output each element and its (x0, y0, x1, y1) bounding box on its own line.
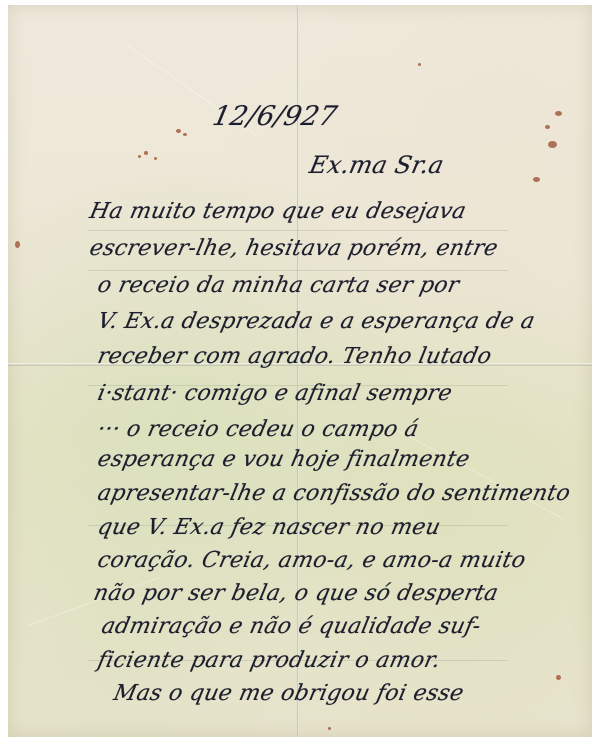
letter-line: escrever-lhe, hesitava porém, entre (87, 236, 500, 261)
rust-stain (545, 125, 550, 129)
rust-stain (418, 63, 421, 66)
letter-line: Ha muito tempo que eu desejava (87, 199, 468, 224)
rust-stain (144, 151, 148, 155)
letter-line: V. Ex.a desprezada e a esperança de a (95, 309, 537, 334)
rust-stain (548, 141, 557, 148)
letter-line: admiração e não é qualidade suf- (99, 614, 483, 639)
letter-line: i·stant· comigo e afinal sempre (95, 381, 454, 406)
letter-salutation: Ex.ma Sr.a (307, 151, 447, 179)
letter-line: o receio da minha carta ser por (95, 273, 461, 298)
rust-stain (138, 155, 141, 158)
ruled-line (88, 270, 508, 271)
rust-stain (154, 157, 157, 160)
ruled-line (88, 230, 508, 231)
letter-line: coração. Creia, amo-a, e amo-a muito (95, 548, 528, 573)
rust-stain (15, 241, 20, 248)
rust-stain (328, 727, 331, 730)
rust-stain (176, 129, 181, 133)
rust-stain (183, 133, 187, 136)
letter-line: ficiente para produzir o amor. (95, 648, 443, 673)
letter-line: esperança e vou hoje finalmente (95, 447, 472, 472)
rust-stain (555, 111, 562, 116)
letter-line: apresentar-lhe a confissão do sentimento (95, 481, 572, 506)
letter-line: que V. Ex.a fez nascer no meu (95, 515, 443, 540)
letter-date: 12/6/927 (210, 101, 340, 132)
letter-line: receber com agrado. Tenho lutado (95, 344, 494, 369)
letter-line: não por ser bela, o que só desperta (91, 581, 500, 606)
letter-paper: 12/6/927 Ex.ma Sr.a Ha muito tempo que e… (8, 5, 592, 737)
rust-stain (533, 177, 540, 182)
letter-line: ··· o receio cedeu o campo á (95, 417, 421, 442)
rust-stain (556, 675, 561, 680)
letter-line: Mas o que me obrigou foi esse (111, 681, 466, 706)
